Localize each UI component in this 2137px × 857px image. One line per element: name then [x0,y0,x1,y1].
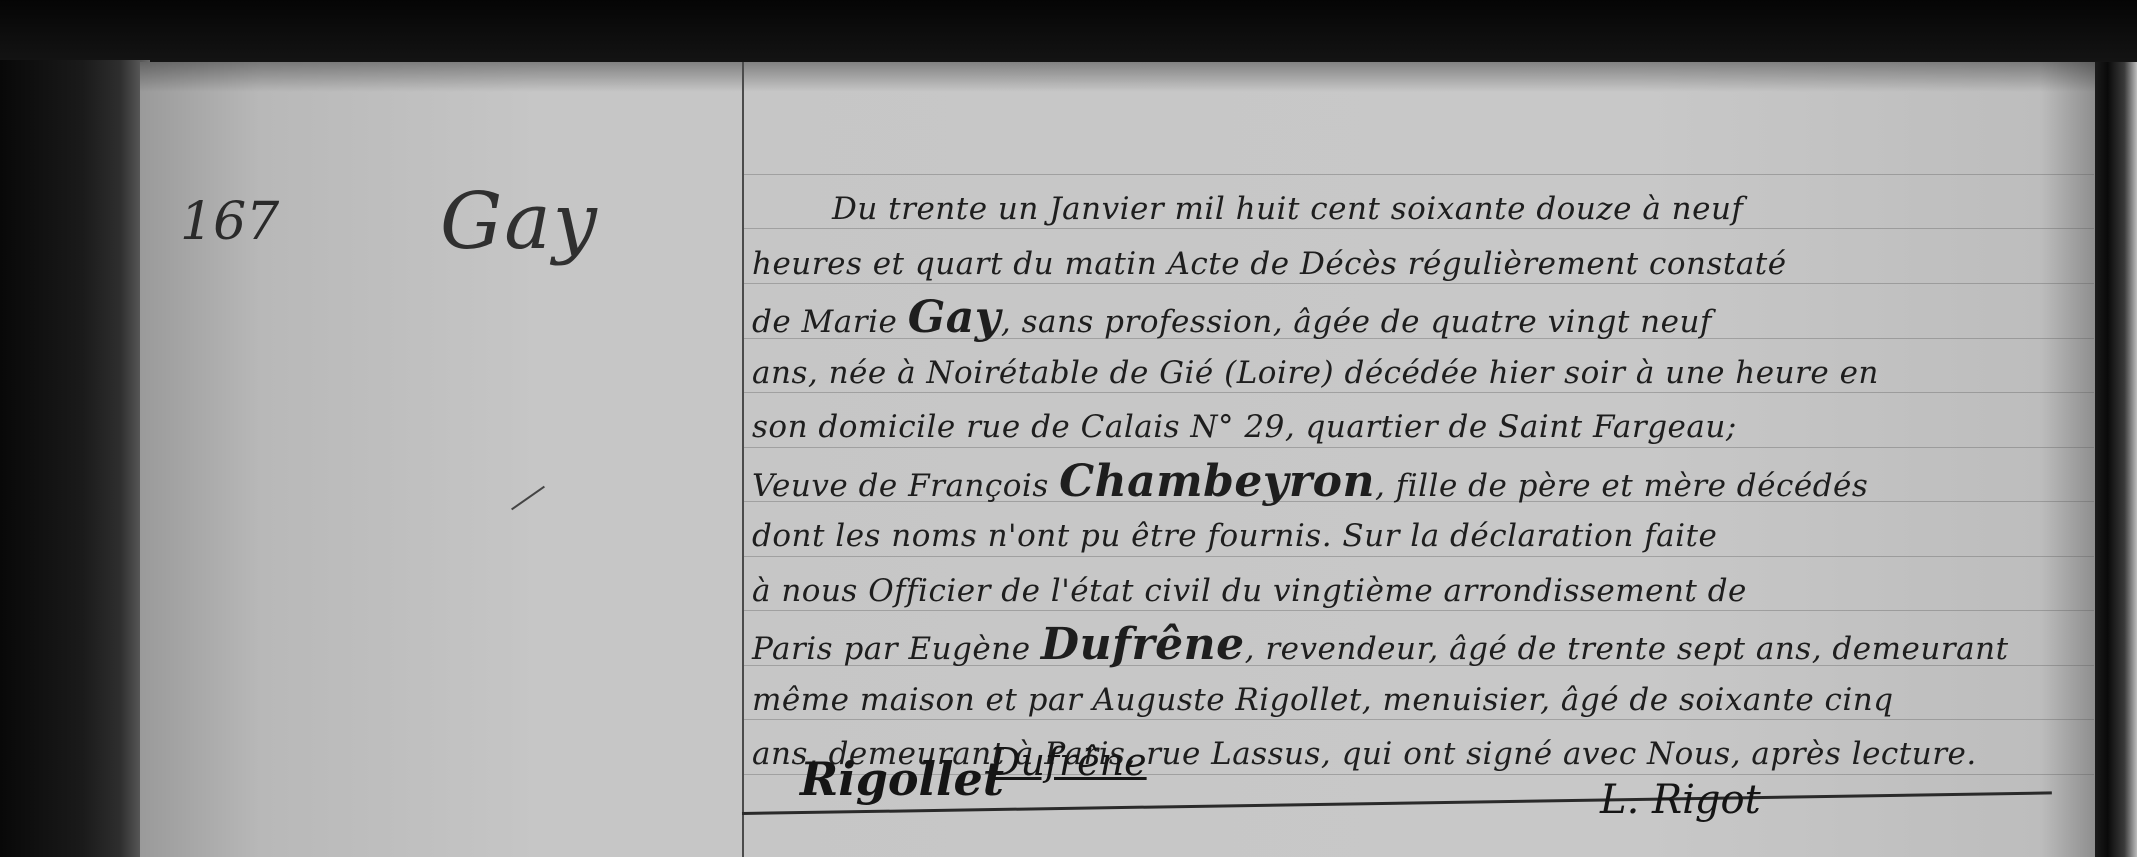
deceased-surname: Gay [908,292,1001,343]
declarant-surname: Dufrêne [1041,619,1245,670]
line-text: Veuve de François [752,468,1059,504]
line-text: ans, née à Noirétable de Gié (Loire) déc… [752,355,1879,391]
record-line: Du trente un Janvier mil huit cent soixa… [752,182,2092,237]
signatures: Rigollet Dufrêne L. Rigot [740,732,2040,842]
entry-number: 167 [180,192,279,252]
record-line: ans, née à Noirétable de Gié (Loire) déc… [752,346,2092,401]
record-line: à nous Officier de l'état civil du vingt… [752,564,2092,619]
stray-pen-mark [511,486,545,511]
record-line: Veuve de François Chambeyron, fille de p… [752,455,2092,510]
line-text: , revendeur, âgé de trente sept ans, dem… [1245,631,2009,667]
record-line: dont les noms n'ont pu être fournis. Sur… [752,509,2092,564]
scanned-register-page: 167 Gay Du trente un Janvier mil huit ce… [0,0,2137,857]
line-text: Paris par Eugène [752,631,1041,667]
signature-rigollet: Rigollet [800,752,1004,806]
line-text: , sans profession, âgée de quatre vingt … [1001,304,1712,340]
ruled-line [744,174,2094,175]
page-gutter [2095,62,2137,857]
record-line: heures et quart du matin Acte de Décès r… [752,237,2092,292]
line-text: son domicile rue de Calais N° 29, quarti… [752,409,1737,445]
register-page: 167 Gay Du trente un Janvier mil huit ce… [140,62,2100,857]
line-text: heures et quart du matin Acte de Décès r… [752,246,1787,282]
record-line: de Marie Gay, sans profession, âgée de q… [752,291,2092,346]
record-line: Paris par Eugène Dufrêne, revendeur, âgé… [752,618,2092,673]
record-body: Du trente un Janvier mil huit cent soixa… [752,182,2092,782]
line-text: Du trente un Janvier mil huit cent soixa… [832,191,1743,227]
line-text: même maison et par Auguste Rigollet, men… [752,682,1894,718]
spouse-surname: Chambeyron [1059,456,1375,507]
line-text: à nous Officier de l'état civil du vingt… [752,573,1747,609]
signature-officer: L. Rigot [1600,777,1761,823]
record-line: son domicile rue de Calais N° 29, quarti… [752,400,2092,455]
line-text: , fille de père et mère décédés [1375,468,1868,504]
page-shadow [140,62,2100,92]
line-text: dont les noms n'ont pu être fournis. Sur… [752,518,1717,554]
record-line: même maison et par Auguste Rigollet, men… [752,673,2092,728]
margin-surname: Gay [440,177,599,267]
book-binding [0,60,150,857]
line-text: de Marie [752,304,908,340]
signature-dufrene: Dufrêne [990,740,1147,784]
book-top-edge [0,0,2137,64]
